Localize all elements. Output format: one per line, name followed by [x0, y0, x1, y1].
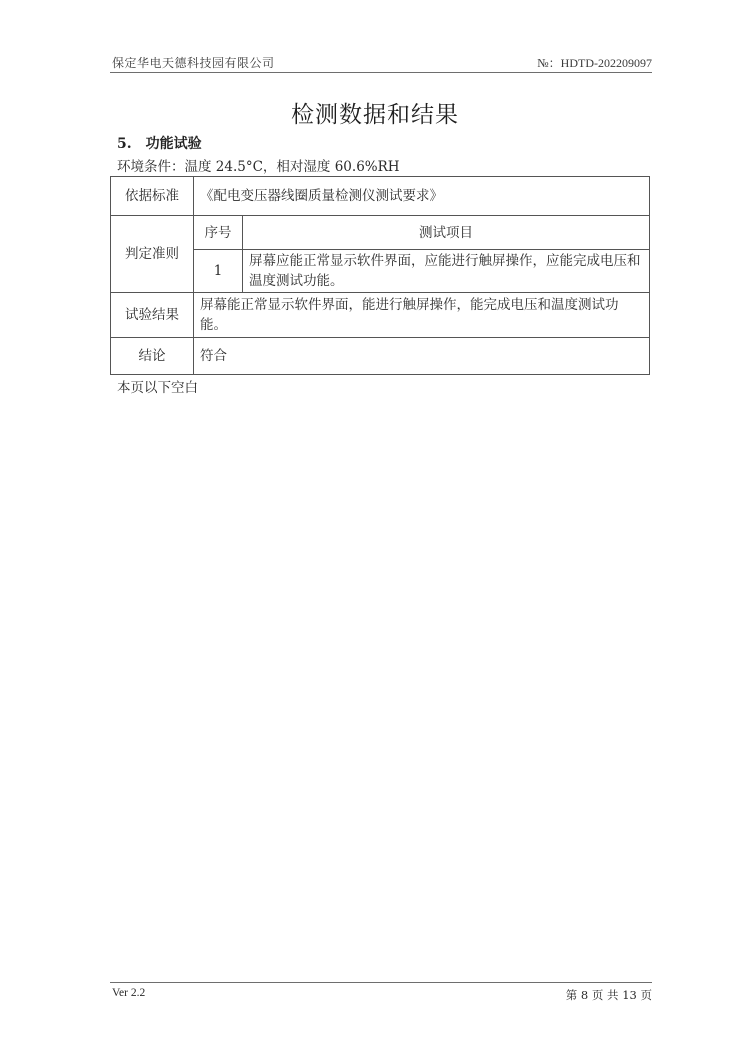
conclusion-row: 结论 符合 [111, 338, 650, 375]
standard-row: 依据标准 《配电变压器线圈质量检测仪测试要求》 [111, 177, 650, 216]
standard-value: 《配电变压器线圈质量检测仪测试要求》 [194, 177, 650, 216]
company-name: 保定华电天德科技园有限公司 [112, 54, 275, 71]
criteria-header-row: 判定准则 序号 测试项目 [111, 216, 650, 250]
version-label: Ver 2.2 [112, 987, 145, 999]
page-number: 第 8 页 共 13 页 [566, 987, 652, 1003]
header-divider [110, 72, 652, 73]
seq-header: 序号 [194, 216, 243, 250]
environment-conditions: 环境条件：温度 24.5°C，相对湿度 60.6%RH [117, 155, 400, 175]
conclusion-label: 结论 [111, 338, 194, 375]
conclusion-value: 符合 [194, 338, 650, 375]
report-number: №：HDTD-202209097 [537, 54, 652, 71]
result-value: 屏幕能正常显示软件界面，能进行触屏操作，能完成电压和温度测试功能。 [194, 293, 650, 338]
results-table: 依据标准 《配电变压器线圈质量检测仪测试要求》 判定准则 序号 测试项目 1 屏… [110, 176, 650, 375]
result-label: 试验结果 [111, 293, 194, 338]
footer-divider [110, 982, 652, 983]
page-title: 检测数据和结果 [0, 96, 750, 129]
blank-page-note: 本页以下空白 [117, 376, 198, 396]
section-heading: 5.功能试验 [117, 133, 202, 153]
section-number: 5. [117, 136, 132, 152]
section-name: 功能试验 [146, 136, 202, 152]
result-row: 试验结果 屏幕能正常显示软件界面，能进行触屏操作，能完成电压和温度测试功能。 [111, 293, 650, 338]
criteria-seq: 1 [194, 250, 243, 293]
criteria-label: 判定准则 [111, 216, 194, 293]
standard-label: 依据标准 [111, 177, 194, 216]
criteria-item: 屏幕应能正常显示软件界面，应能进行触屏操作，应能完成电压和温度测试功能。 [243, 250, 650, 293]
item-header: 测试项目 [243, 216, 650, 250]
